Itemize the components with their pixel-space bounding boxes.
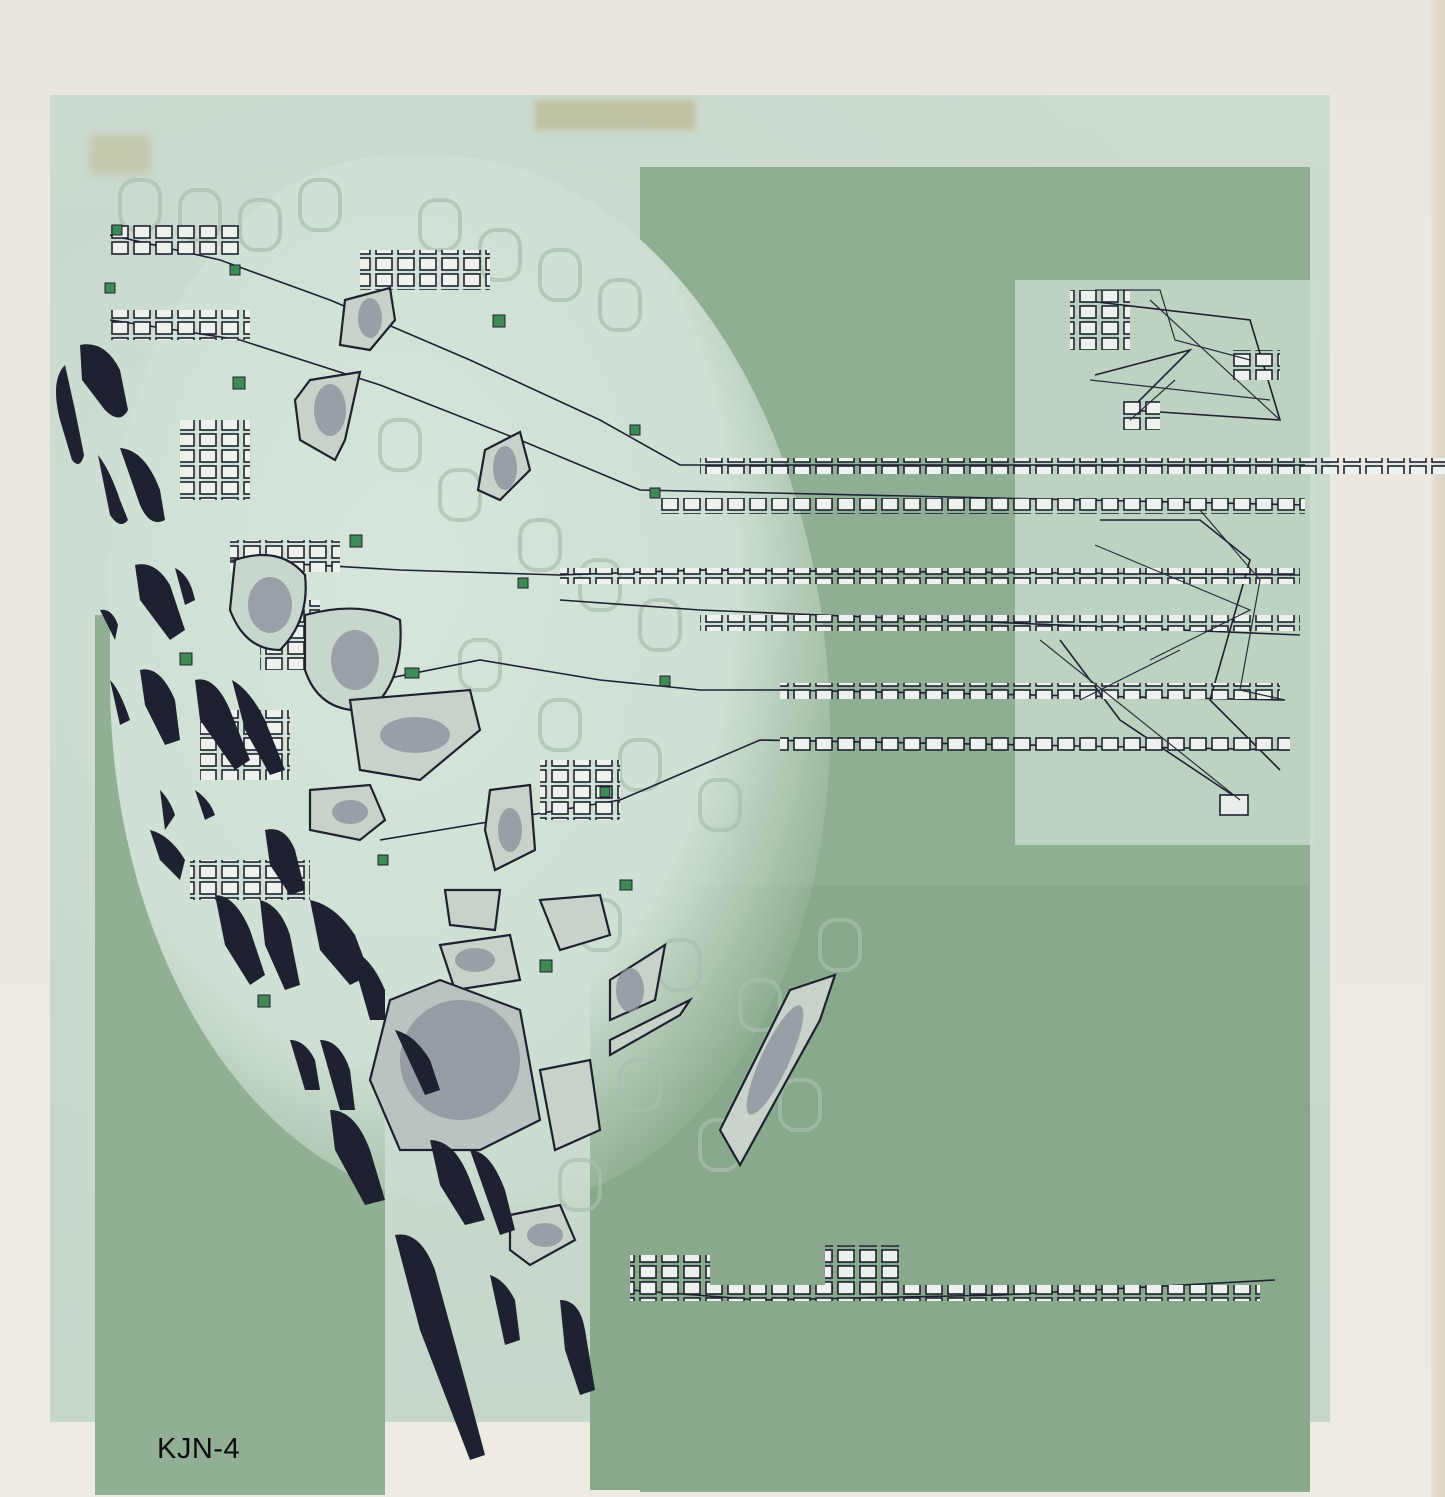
drawn-marks: [0, 0, 1445, 1497]
outlined-stones: [230, 288, 835, 1265]
artwork-label: KJN-4: [157, 1433, 240, 1466]
black-leaf-shapes: [56, 344, 595, 1460]
